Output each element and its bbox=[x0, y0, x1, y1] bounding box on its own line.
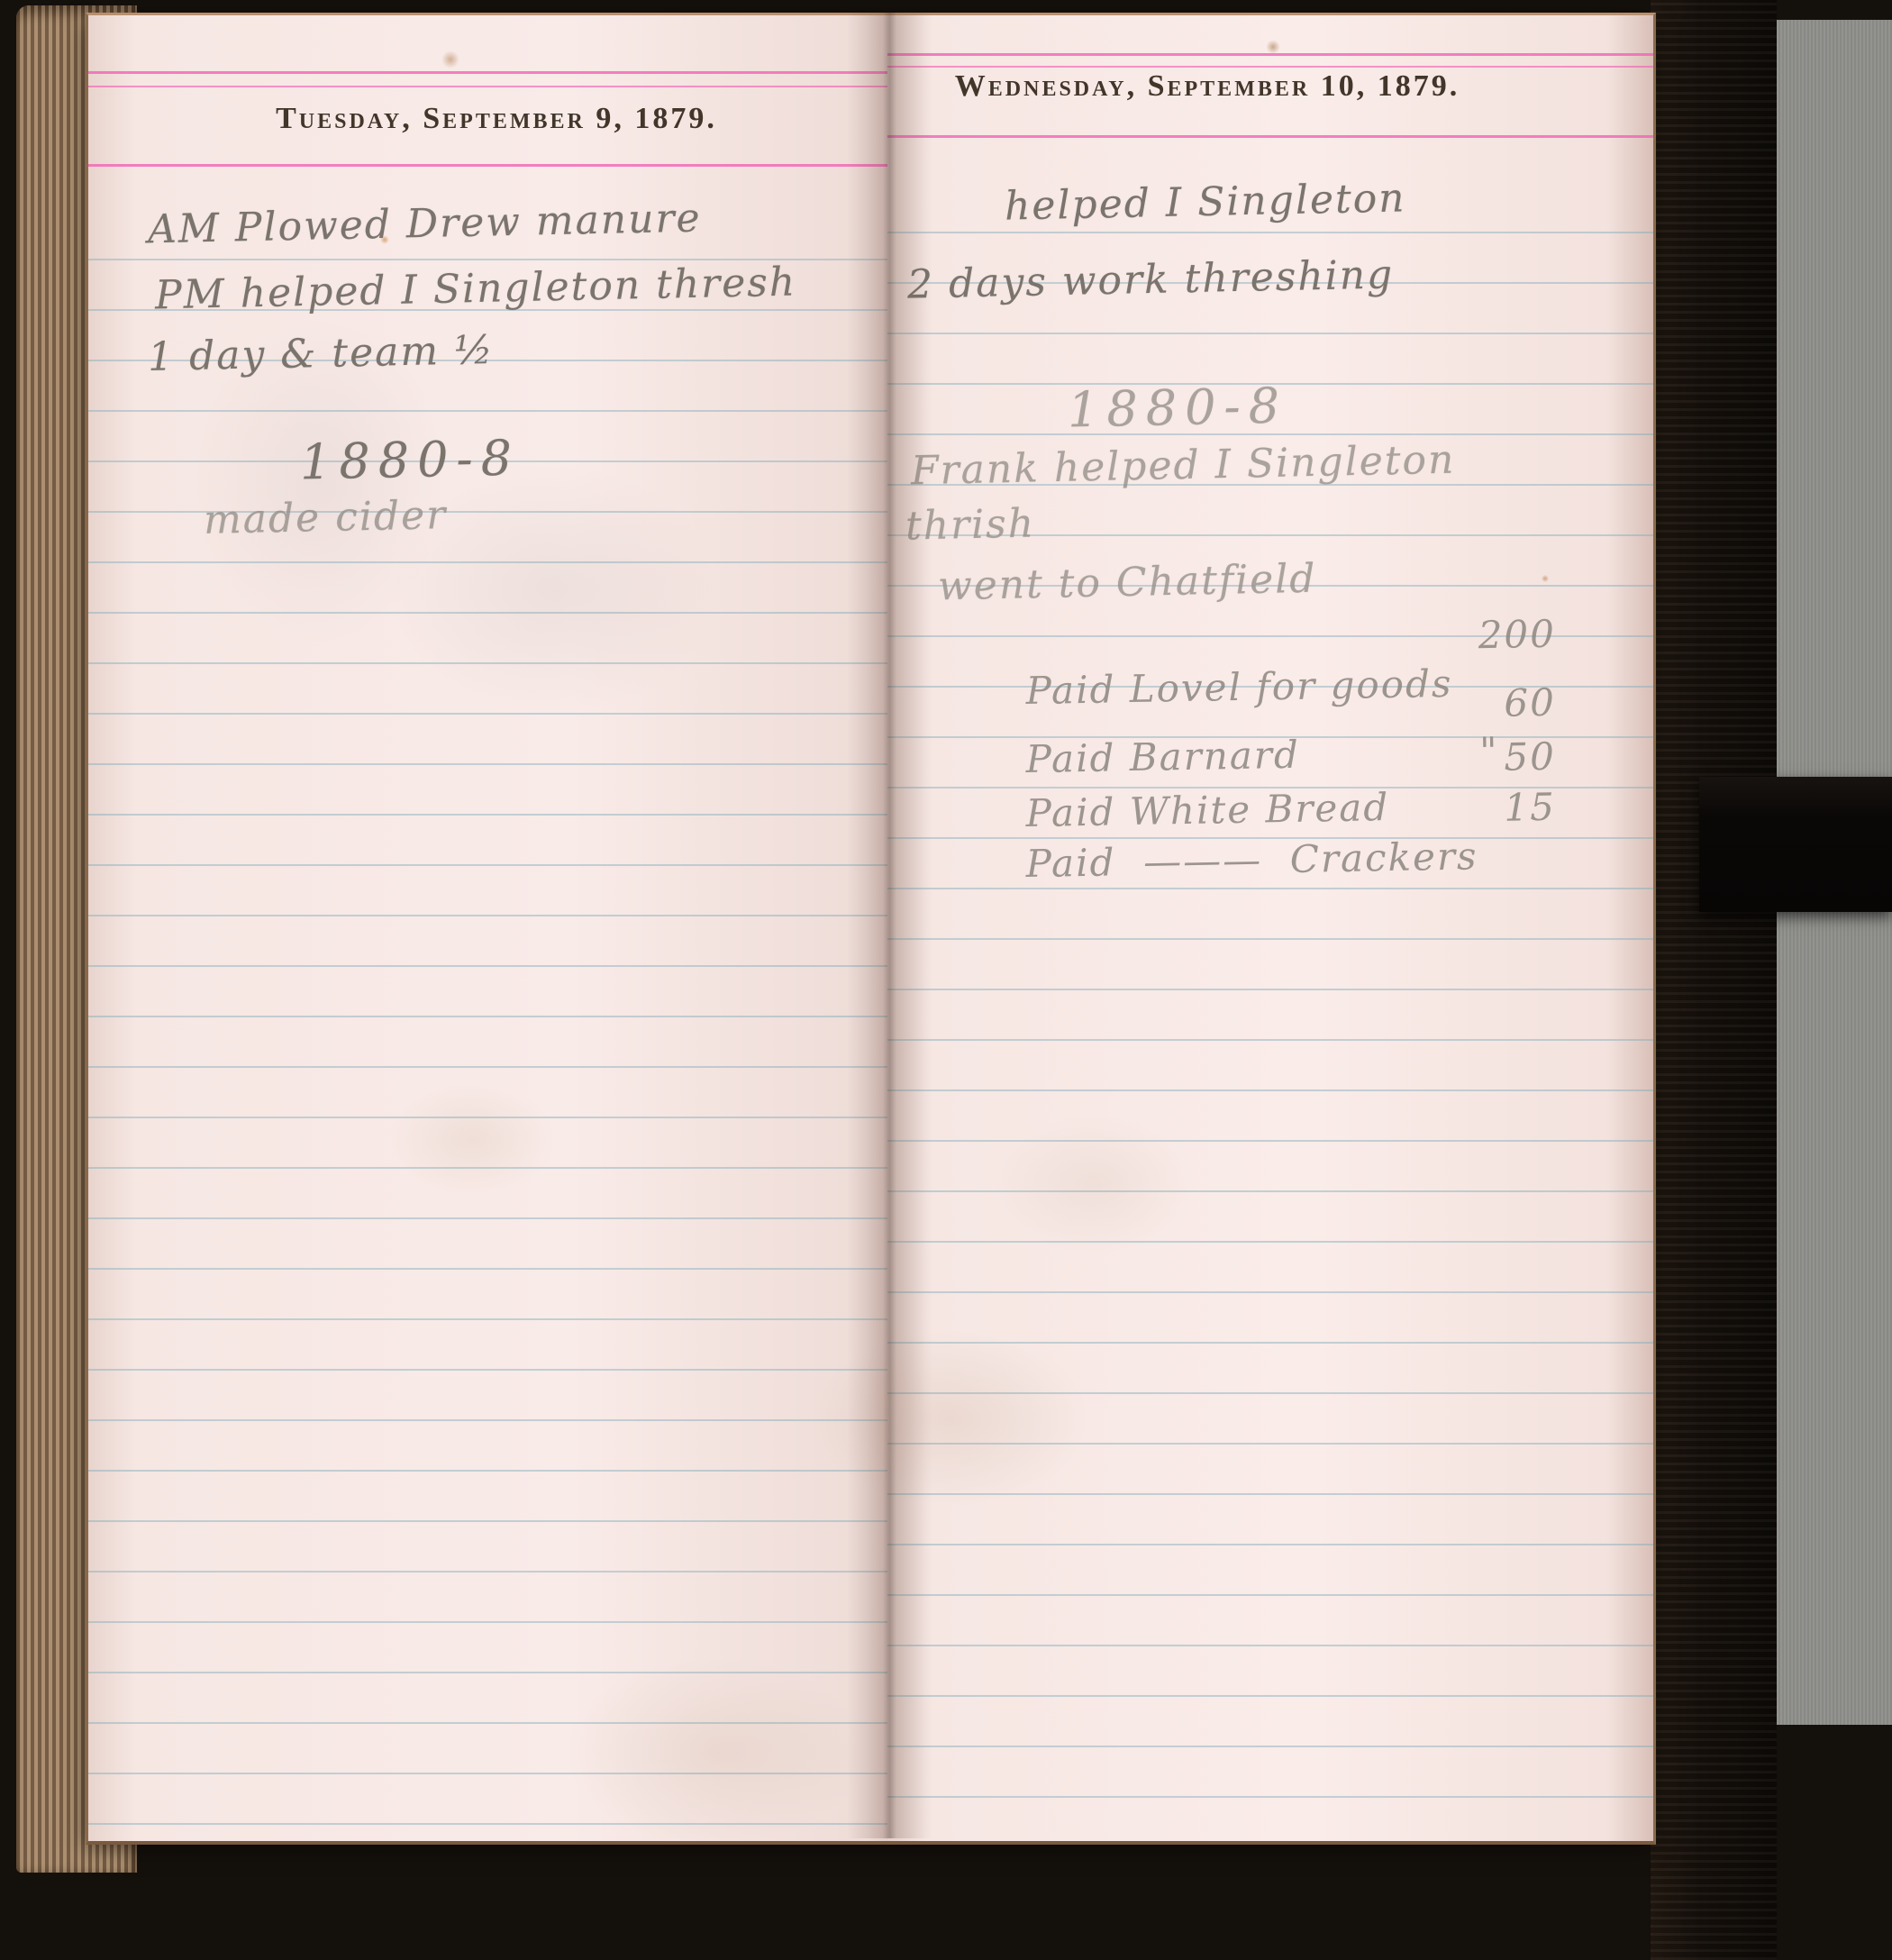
entry-line: thrish bbox=[905, 500, 1035, 549]
entry-line-total: 1880-8 bbox=[1067, 377, 1287, 438]
ledger-amount: 200 bbox=[1478, 612, 1556, 657]
entry-line: 2 days work threshing bbox=[907, 251, 1395, 307]
entry-line: went to Chatfield bbox=[938, 556, 1317, 610]
ledger-row: Paid Barnard " 60 bbox=[914, 684, 1557, 742]
pink-rule bbox=[88, 71, 890, 74]
ledger-row: Paid Lovel for goods 200 bbox=[914, 615, 1557, 673]
entry-line: AM Plowed Drew manure bbox=[148, 196, 702, 253]
pink-rule bbox=[88, 164, 890, 167]
ledger-amount: 60 bbox=[1504, 680, 1556, 725]
ledger-amount: 15 bbox=[1504, 785, 1556, 830]
diary-scan: Tuesday, September 9, 1879. AM Plowed Dr… bbox=[0, 0, 1892, 1960]
ledger-item: Paid ——— Crackers bbox=[1025, 834, 1478, 886]
date-header-right: Wednesday, September 10, 1879. bbox=[824, 69, 1590, 104]
entry-line: Frank helped I Singleton bbox=[911, 437, 1456, 495]
entry-line: 1 day & team ½ bbox=[148, 327, 496, 380]
open-pages: Tuesday, September 9, 1879. AM Plowed Dr… bbox=[86, 13, 1653, 1838]
ledger-row: Paid ——— Crackers 15 bbox=[914, 789, 1557, 846]
book-cover-right bbox=[1651, 0, 1777, 1960]
entry-line: PM helped I Singleton thresh bbox=[155, 260, 797, 319]
ledger-row: Paid White Bread 50 bbox=[914, 738, 1557, 796]
pink-rule bbox=[887, 66, 1653, 68]
pink-rule bbox=[88, 86, 890, 87]
entry-line-total: 1880-8 bbox=[299, 429, 520, 490]
ruled-lines bbox=[88, 259, 890, 1832]
diary-page-right: Wednesday, September 10, 1879. helped I … bbox=[887, 13, 1656, 1845]
diary-page-left: Tuesday, September 9, 1879. AM Plowed Dr… bbox=[86, 13, 890, 1845]
date-header-left: Tuesday, September 9, 1879. bbox=[96, 102, 897, 136]
entry-line: helped I Singleton bbox=[1005, 175, 1406, 229]
ledger-amount: 50 bbox=[1504, 734, 1556, 779]
entry-line: made cider bbox=[203, 492, 447, 543]
book-strap bbox=[1699, 777, 1892, 912]
pink-rule bbox=[887, 53, 1653, 56]
pink-rule bbox=[887, 135, 1653, 138]
